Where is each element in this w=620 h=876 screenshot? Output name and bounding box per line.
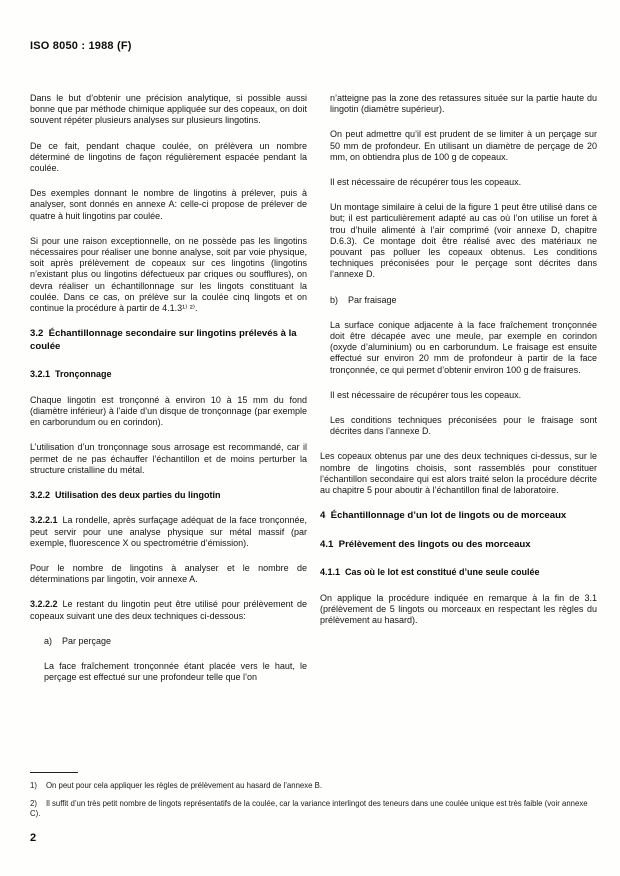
footnote-text: Il suffit d’un très petit nombre de ling…	[30, 799, 588, 818]
footnotes-block: 1)On peut pour cela appliquer les règles…	[30, 772, 596, 827]
paragraph: On peut admettre qu’il est prudent de se…	[330, 129, 597, 163]
section-heading-3-2-2: 3.2.2 Utilisation des deux parties du li…	[30, 490, 307, 502]
list-marker: a)	[44, 636, 52, 646]
list-marker: b)	[330, 295, 338, 305]
paragraph: n’atteigne pas la zone des retassures si…	[330, 93, 597, 115]
section-heading-4-1-1: 4.1.1 Cas où le lot est constitué d’une …	[320, 567, 597, 579]
clause-number: 3.2.2.1	[30, 515, 58, 525]
paragraph: Chaque lingotin est tronçonné à environ …	[30, 395, 307, 429]
paragraph: Les conditions techniques préconisées po…	[330, 415, 597, 437]
paragraph: La face fraîchement tronçonnée étant pla…	[44, 661, 307, 683]
list-item-a: a)Par perçage	[44, 636, 307, 647]
paragraph: Si pour une raison exceptionnelle, on ne…	[30, 236, 307, 314]
paragraph: Des exemples donnant le nombre de lingot…	[30, 188, 307, 222]
section-heading-3-2: 3.2 Échantillonnage secondaire sur lingo…	[30, 328, 307, 353]
section-heading-4: 4 Échantillonnage d’un lot de lingots ou…	[320, 510, 597, 523]
footnote-text: On peut pour cela appliquer les règles d…	[46, 781, 322, 790]
paragraph-3-2-2-1: 3.2.2.1La rondelle, après surfaçage adéq…	[30, 515, 307, 549]
clause-number: 3.2.2.2	[30, 599, 58, 609]
footnote-1: 1)On peut pour cela appliquer les règles…	[30, 781, 596, 791]
paragraph: Les copeaux obtenus par une des deux tec…	[320, 451, 597, 496]
paragraph: Dans le but d’obtenir une précision anal…	[30, 93, 307, 127]
footnote-2: 2)Il suffit d’un très petit nombre de li…	[30, 799, 596, 819]
clause-text: La rondelle, après surfaçage adéquat de …	[30, 515, 307, 547]
paragraph: L’utilisation d’un tronçonnage sous arro…	[30, 442, 307, 476]
footnote-marker: 2)	[30, 799, 37, 808]
paragraph: Il est nécessaire de récupérer tous les …	[330, 390, 597, 401]
paragraph: La surface conique adjacente à la face f…	[330, 320, 597, 376]
clause-text: Le restant du lingotin peut être utilisé…	[30, 599, 307, 620]
right-column: n’atteigne pas la zone des retassures si…	[320, 93, 597, 698]
paragraph: On applique la procédure indiquée en rem…	[320, 593, 597, 627]
paragraph: Un montage similaire à celui de la figur…	[330, 202, 597, 280]
list-item-b: b)Par fraisage	[330, 295, 597, 306]
left-column: Dans le but d’obtenir une précision anal…	[30, 93, 307, 698]
list-label: Par perçage	[62, 636, 111, 646]
doc-reference: ISO 8050 : 1988 (F)	[30, 40, 132, 52]
paragraph: De ce fait, pendant chaque coulée, on pr…	[30, 141, 307, 175]
paragraph-3-2-2-2: 3.2.2.2Le restant du lingotin peut être …	[30, 599, 307, 621]
section-heading-3-2-1: 3.2.1 Tronçonnage	[30, 369, 307, 381]
document-page: ISO 8050 : 1988 (F) Dans le but d’obteni…	[0, 0, 620, 876]
two-column-body: Dans le but d’obtenir une précision anal…	[30, 93, 597, 698]
section-heading-4-1: 4.1 Prélèvement des lingots ou des morce…	[320, 539, 597, 552]
list-label: Par fraisage	[348, 295, 397, 305]
footnote-rule	[30, 772, 78, 773]
footnote-marker: 1)	[30, 781, 37, 790]
page-number: 2	[30, 832, 36, 844]
paragraph: Il est nécessaire de récupérer tous les …	[330, 177, 597, 188]
paragraph: Pour le nombre de lingotins à analyser e…	[30, 563, 307, 585]
